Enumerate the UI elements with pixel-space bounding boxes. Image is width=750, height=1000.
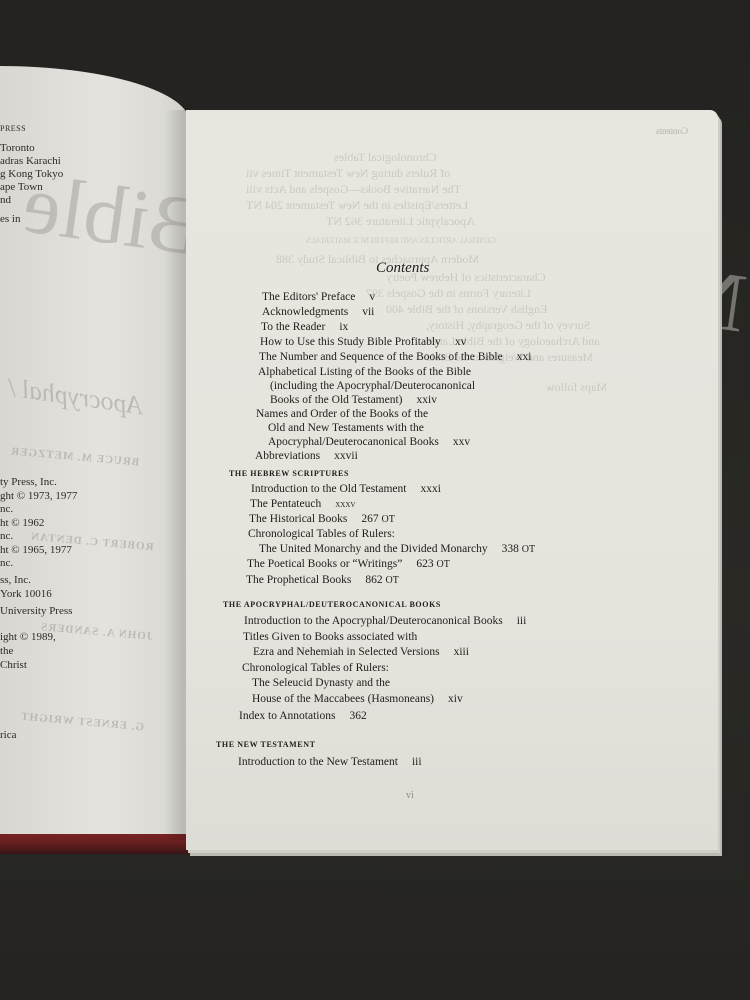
copyright-line: ss, Inc. bbox=[0, 574, 31, 586]
right-page-contents: Contents Chronological Tables of Rulers … bbox=[186, 110, 718, 850]
copyright-line: PRESS bbox=[0, 124, 26, 133]
copyright-line: University Press bbox=[0, 605, 72, 617]
toc-entry[interactable]: To the Readerix bbox=[261, 321, 348, 333]
section-heading: The New Testament bbox=[216, 740, 316, 749]
copyright-line: ight © 1989, bbox=[0, 631, 56, 643]
copyright-line: es in bbox=[0, 213, 20, 225]
toc-entry-continued: The Seleucid Dynasty and the bbox=[252, 677, 390, 689]
toc-entry-continued[interactable]: House of the Maccabees (Hasmoneans)xiv bbox=[252, 693, 463, 705]
bleed-through-name: BRUCE M. METZGER bbox=[10, 445, 140, 468]
toc-entry: Titles Given to Books associated with bbox=[243, 631, 417, 643]
toc-entry[interactable]: Names and Order of the Books of the bbox=[256, 408, 428, 420]
toc-entry[interactable]: Abbreviationsxxvii bbox=[255, 450, 358, 462]
page-title: Contents bbox=[376, 260, 429, 277]
toc-entry-continued[interactable]: Books of the Old Testament)xxiv bbox=[270, 394, 437, 406]
copyright-line: ape Town bbox=[0, 181, 43, 193]
copyright-line: nc. bbox=[0, 503, 13, 515]
copyright-line: ht © 1965, 1977 bbox=[0, 544, 72, 556]
toc-entry: Chronological Tables of Rulers: bbox=[242, 662, 389, 674]
toc-entry-continued[interactable]: The United Monarchy and the Divided Mona… bbox=[259, 543, 535, 555]
copyright-line: nd bbox=[0, 194, 11, 206]
toc-entry[interactable]: Index to Annotations362 bbox=[239, 710, 367, 722]
toc-entry[interactable]: Introduction to the New Testamentiii bbox=[238, 756, 422, 768]
photo-scene: The New Annotated Bible Apocryphal / BRU… bbox=[0, 0, 750, 1000]
toc-entry[interactable]: The Historical Books267 OT bbox=[249, 513, 395, 525]
toc-entry[interactable]: The Number and Sequence of the Books of … bbox=[259, 351, 531, 363]
toc-entry-continued: Old and New Testaments with the bbox=[268, 422, 424, 434]
copyright-line: York 10016 bbox=[0, 588, 52, 600]
left-page-copyright: The New Annotated Bible Apocryphal / BRU… bbox=[0, 66, 190, 834]
toc-entry[interactable]: Introduction to the Apocryphal/Deuteroca… bbox=[244, 615, 526, 627]
copyright-line: ht © 1962 bbox=[0, 517, 44, 529]
copyright-line: ty Press, Inc. bbox=[0, 476, 57, 488]
toc-entry-continued[interactable]: Apocryphal/Deuterocanonical Booksxxv bbox=[268, 436, 470, 448]
copyright-line: Christ bbox=[0, 659, 27, 671]
bleed-through-name: G. ERNEST WRIGHT bbox=[20, 711, 145, 734]
toc-entry: Chronological Tables of Rulers: bbox=[248, 528, 395, 540]
section-heading: The Apocryphal/Deuterocanonical Books bbox=[223, 600, 441, 609]
table-of-contents: Contents The Editors' Prefacev Acknowled… bbox=[186, 110, 718, 850]
section-heading: The Hebrew Scriptures bbox=[229, 469, 349, 478]
toc-entry[interactable]: The Pentateuchxxxv bbox=[250, 498, 355, 510]
toc-entry[interactable]: The Prophetical Books862 OT bbox=[246, 574, 399, 586]
copyright-line: nc. bbox=[0, 557, 13, 569]
page-number: vi bbox=[406, 790, 414, 801]
toc-entry[interactable]: How to Use this Study Bible Profitablyxv bbox=[260, 336, 466, 348]
toc-entry[interactable]: The Editors' Prefacev bbox=[262, 291, 375, 303]
copyright-line: rica bbox=[0, 729, 16, 741]
copyright-line: Toronto bbox=[0, 142, 35, 154]
toc-entry-continued[interactable]: Ezra and Nehemiah in Selected Versionsxi… bbox=[253, 646, 469, 658]
toc-entry[interactable]: Introduction to the Old Testamentxxxi bbox=[251, 483, 441, 495]
bleed-through-subtitle: Apocryphal / bbox=[7, 373, 145, 422]
bleed-through-name: JOHN A. SANDERS bbox=[40, 621, 153, 643]
copyright-line: g Kong Tokyo bbox=[0, 168, 63, 180]
copyright-line: ght © 1973, 1977 bbox=[0, 490, 77, 502]
copyright-line: the bbox=[0, 645, 13, 657]
copyright-line: adras Karachi bbox=[0, 155, 61, 167]
toc-entry[interactable]: The Poetical Books or “Writings”623 OT bbox=[247, 558, 450, 570]
toc-entry-continued: (including the Apocryphal/Deuterocanonic… bbox=[270, 380, 475, 392]
toc-entry[interactable]: Alphabetical Listing of the Books of the… bbox=[258, 366, 471, 378]
copyright-line: nc. bbox=[0, 530, 13, 542]
toc-entry[interactable]: Acknowledgmentsvii bbox=[262, 306, 374, 318]
